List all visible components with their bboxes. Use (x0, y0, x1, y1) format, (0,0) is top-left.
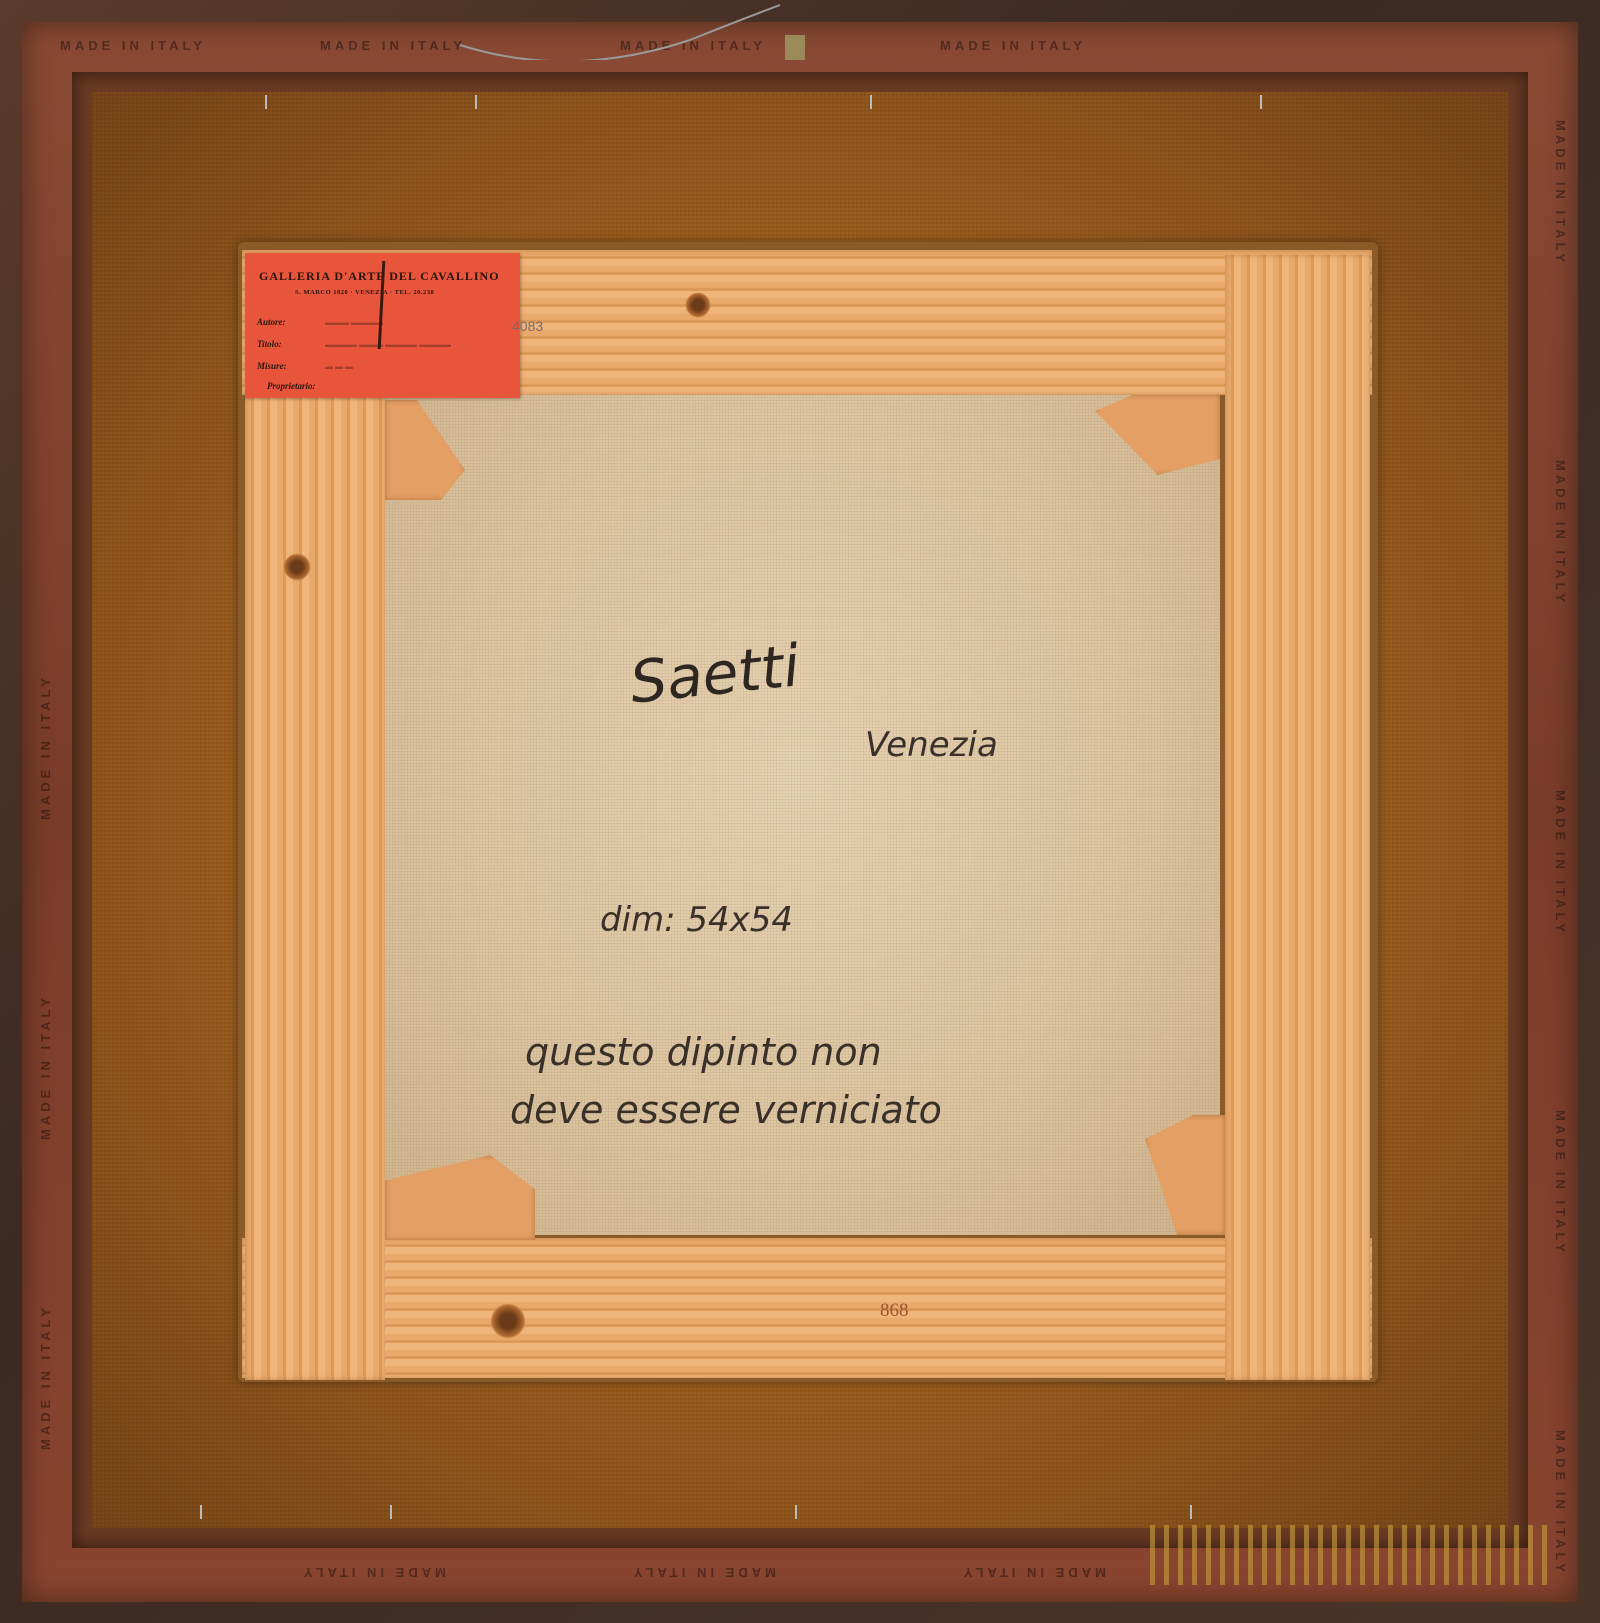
label-field-titolo: Titolo: (257, 339, 282, 349)
wood-knot (283, 553, 311, 581)
label-field-proprietario: Proprietario: (267, 381, 316, 391)
staple (475, 95, 477, 109)
frame-imprint-right-4: MADE IN ITALY (1553, 1110, 1568, 1256)
staple (390, 1505, 392, 1519)
note-line-2: deve essere verniciato (510, 1088, 942, 1132)
staple (795, 1505, 797, 1519)
gallery-label-title: GALLERIA D'ARTE DEL CAVALLINO (259, 269, 500, 284)
frame-imprint-left-3: MADE IN ITALY (38, 674, 53, 820)
frame-imprint-bottom-2: MADE IN ITALY (630, 1565, 776, 1580)
note-line-1: questo dipinto non (525, 1030, 882, 1074)
stretcher-number-stamp: 868 (880, 1300, 909, 1322)
wood-knot (685, 292, 711, 318)
staple (1260, 95, 1262, 109)
staple (200, 1505, 202, 1519)
staple (1190, 1505, 1192, 1519)
frame-imprint-bottom-1: MADE IN ITALY (300, 1565, 446, 1580)
gold-paint-drips (1150, 1525, 1550, 1585)
frame-imprint-top-1: MADE IN ITALY (60, 38, 206, 53)
frame-imprint-top-2: MADE IN ITALY (320, 38, 466, 53)
city-inscription: Venezia (865, 725, 998, 765)
dimensions-inscription: dim: 54x54 (600, 900, 793, 940)
frame-imprint-right-5: MADE IN ITALY (1553, 1430, 1568, 1576)
frame-imprint-bottom-3: MADE IN ITALY (960, 1565, 1106, 1580)
stretcher-bar-left (245, 395, 385, 1380)
staple (870, 95, 872, 109)
frame-imprint-top-4: MADE IN ITALY (940, 38, 1086, 53)
frame-imprint-right-3: MADE IN ITALY (1553, 790, 1568, 936)
label-field-misure: Misure: (257, 361, 287, 371)
staple (265, 95, 267, 109)
label-field-autore: Autore: (257, 317, 286, 327)
frame-imprint-left-1: MADE IN ITALY (38, 1304, 53, 1450)
gallery-label-address: S. MARCO 1820 · VENEZIA · TEL. 20.238 (295, 289, 434, 296)
frame-imprint-left-2: MADE IN ITALY (38, 994, 53, 1140)
wood-knot (490, 1303, 526, 1339)
frame-imprint-right-1: MADE IN ITALY (1553, 120, 1568, 266)
frame-imprint-right-2: MADE IN ITALY (1553, 460, 1568, 606)
hanging-wire (450, 0, 810, 60)
gallery-label: GALLERIA D'ARTE DEL CAVALLINO S. MARCO 1… (245, 253, 520, 398)
stretcher-bar-bottom (242, 1238, 1372, 1378)
pencil-inventory-number: 4083 (512, 318, 543, 334)
stretcher-bar-right (1225, 255, 1370, 1380)
